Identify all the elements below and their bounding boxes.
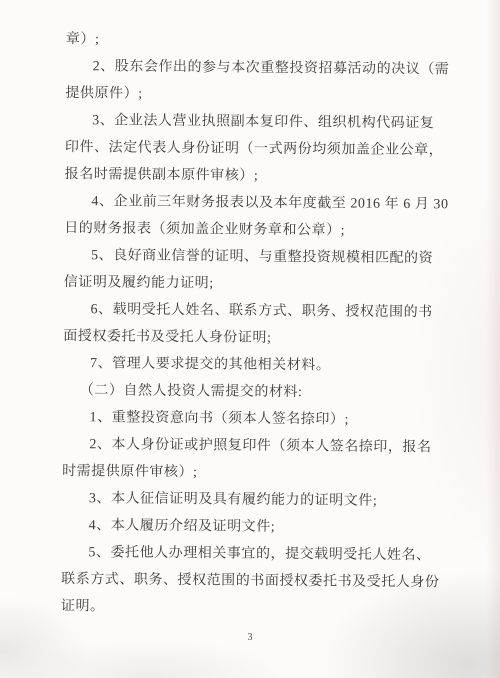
- scanned-document-page: 章）; 2、股东会作出的参与本次重整投资招募活动的决议（需 提供原件）; 3、企…: [0, 0, 500, 678]
- doc-line: 章）;: [66, 26, 476, 57]
- doc-line: 信证明及履约能力证明;: [64, 269, 474, 300]
- doc-line: 印件、法定代表人身份证明（一式两份均须加盖企业公章，: [65, 134, 475, 165]
- doc-line: 1、重整投资意向书（须本人签名捺印）;: [62, 404, 472, 435]
- doc-line: （二）自然人投资人需提交的材料:: [63, 377, 473, 408]
- doc-line: 5、良好商业信誉的证明、与重整投资规模相匹配的资: [64, 242, 474, 273]
- doc-line: 3、企业法人营业执照副本复印件、组织机构代码证复: [65, 107, 475, 138]
- doc-line: 5、委托他人办理相关事宜的，提交载明受托人姓名、: [61, 539, 471, 570]
- doc-line: 2、股东会作出的参与本次重整投资招募活动的决议（需: [66, 53, 476, 84]
- doc-line: 面授权委托书及受托人身份证明;: [63, 323, 473, 354]
- doc-line: 证明。: [61, 593, 471, 624]
- doc-line: 3、本人征信证明及具有履约能力的证明文件;: [62, 485, 472, 516]
- doc-line: 报名时需提供副本原件审核）;: [65, 161, 475, 192]
- document-body: 章）; 2、股东会作出的参与本次重整投资招募活动的决议（需 提供原件）; 3、企…: [61, 26, 476, 624]
- doc-line: 时需提供原件审核）;: [62, 458, 472, 489]
- doc-line: 6、载明受托人姓名、联系方式、职务、授权范围的书: [63, 296, 473, 327]
- doc-line: 提供原件）;: [65, 80, 475, 111]
- doc-line: 2、本人身份证或护照复印件（须本人签名捺印，报名: [62, 431, 472, 462]
- page-number: 3: [0, 632, 500, 643]
- doc-line: 7、管理人要求提交的其他相关材料。: [63, 350, 473, 381]
- doc-line: 联系方式、职务、授权范围的书面授权委托书及受托人身份: [61, 566, 471, 597]
- doc-line: 日的财务报表（须加盖企业财务章和公章）;: [64, 215, 474, 246]
- doc-line: 4、企业前三年财务报表以及本年度截至 2016 年 6 月 30: [64, 188, 474, 219]
- doc-line: 4、本人履历介绍及证明文件;: [62, 512, 472, 543]
